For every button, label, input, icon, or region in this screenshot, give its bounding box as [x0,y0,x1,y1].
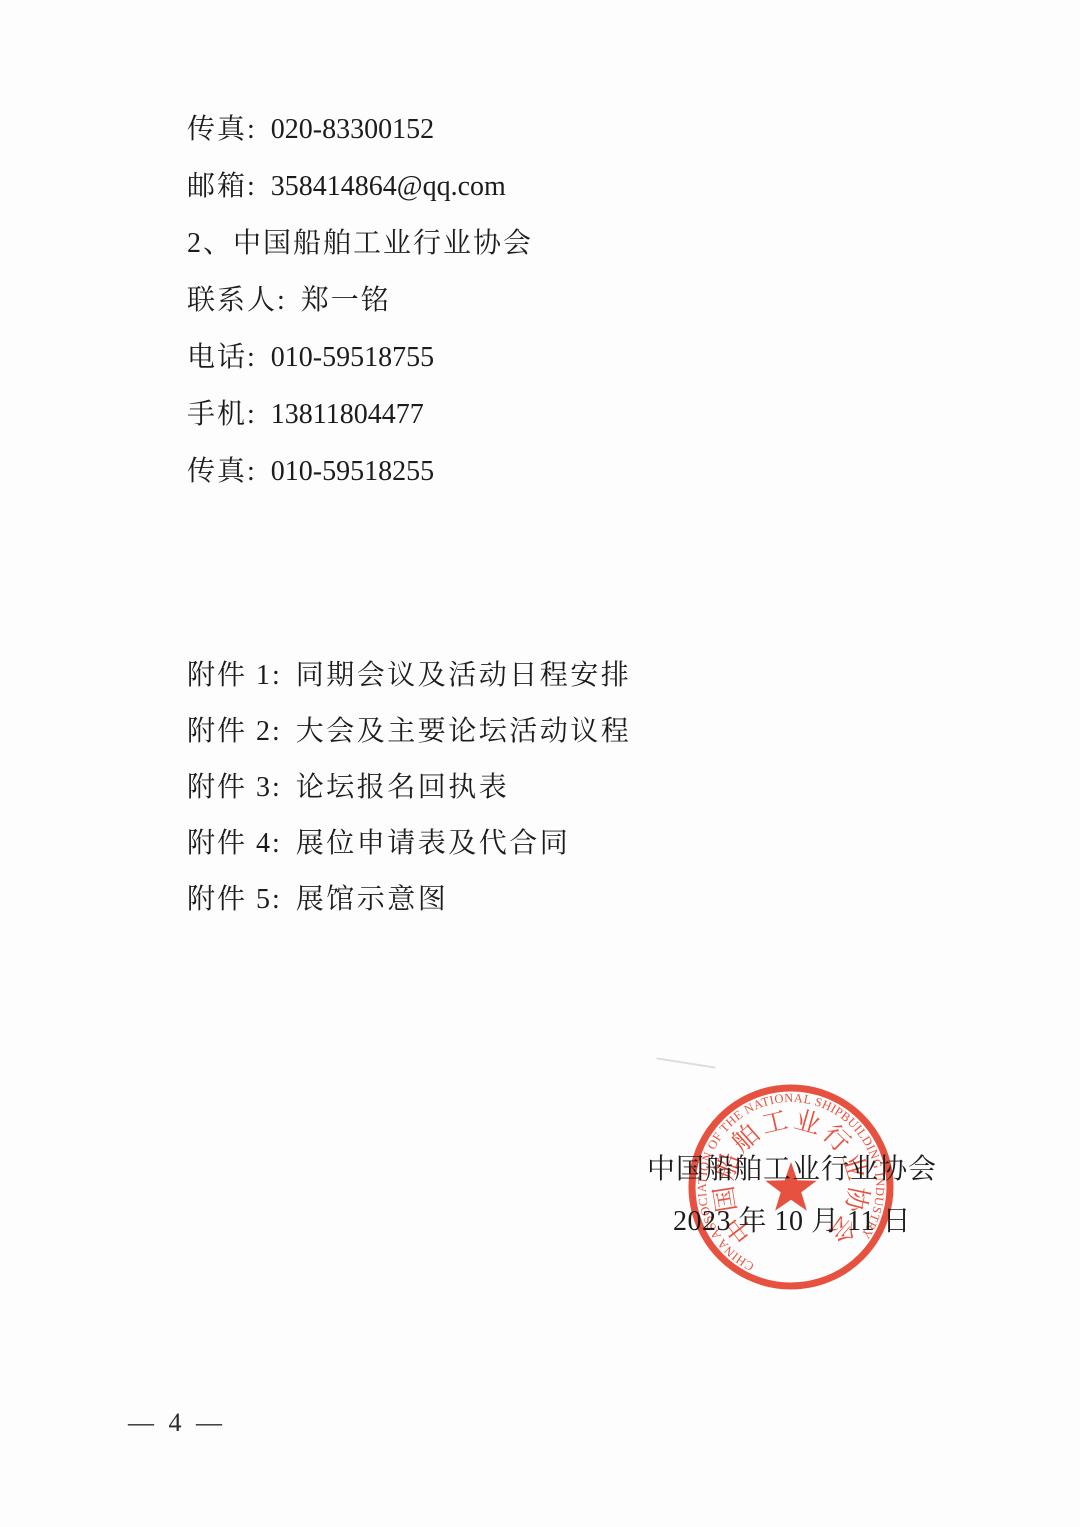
contact-org-heading: 2、中国船舶工业行业协会 [187,215,533,272]
attachment-5-label: 附件 5: [187,884,282,915]
official-seal-graphic: CHINA ASSOCIATION OF THE NATIONAL SHIPBU… [686,1082,896,1292]
attachment-1-title: 同期会议及活动日程安排 [296,660,632,691]
attachment-4-title: 展位申请表及代合同 [296,828,571,859]
contact-line-mobile: 手机:13811804477 [187,386,533,443]
attachment-3-title: 论坛报名回执表 [296,772,510,803]
contact-line-phone: 电话:010-59518755 [187,329,533,386]
document-page: 传真:020-83300152 邮箱:358414864@qq.com 2、中国… [0,0,1080,1527]
email-label: 邮箱: [187,171,257,202]
attachment-item-3: 附件 3:论坛报名回执表 [187,760,631,816]
attachment-5-title: 展馆示意图 [296,884,449,915]
attachment-1-label: 附件 1: [187,660,282,691]
attachment-item-4: 附件 4:展位申请表及代合同 [187,816,631,872]
contact-block: 传真:020-83300152 邮箱:358414864@qq.com 2、中国… [187,101,533,500]
attachment-item-5: 附件 5:展馆示意图 [187,872,631,928]
phone-value: 010-59518755 [271,342,434,373]
contact-line-fax1: 传真:020-83300152 [187,101,533,158]
email-value: 358414864@qq.com [271,171,506,202]
phone-label: 电话: [187,342,257,373]
signature-org: 中国船舶工业行业协会 [597,1153,987,1187]
fax-value: 020-83300152 [271,114,434,145]
fax2-label: 传真: [187,456,257,487]
attachment-2-label: 附件 2: [187,716,282,747]
contact-line-person: 联系人:郑一铭 [187,272,533,329]
contact-person-value: 郑一铭 [301,285,391,316]
signature-date: 2023 年 10 月 11 日 [597,1205,987,1239]
scan-artifact-line [656,1057,716,1068]
page-number: — 4 — [128,1408,226,1438]
fax2-value: 010-59518255 [271,456,434,487]
attachment-3-label: 附件 3: [187,772,282,803]
contact-line-fax2: 传真:010-59518255 [187,443,533,500]
attachment-item-2: 附件 2:大会及主要论坛活动议程 [187,704,631,760]
contact-person-label: 联系人: [187,285,287,316]
attachment-2-title: 大会及主要论坛活动议程 [296,716,632,747]
attachment-4-label: 附件 4: [187,828,282,859]
official-seal: CHINA ASSOCIATION OF THE NATIONAL SHIPBU… [686,1082,896,1292]
org-heading-text: 2、中国船舶工业行业协会 [187,228,533,259]
mobile-value: 13811804477 [271,399,424,430]
attachment-item-1: 附件 1:同期会议及活动日程安排 [187,648,631,704]
fax-label: 传真: [187,114,257,145]
attachment-list: 附件 1:同期会议及活动日程安排 附件 2:大会及主要论坛活动议程 附件 3:论… [187,648,631,928]
mobile-label: 手机: [187,399,257,430]
contact-line-email: 邮箱:358414864@qq.com [187,158,533,215]
